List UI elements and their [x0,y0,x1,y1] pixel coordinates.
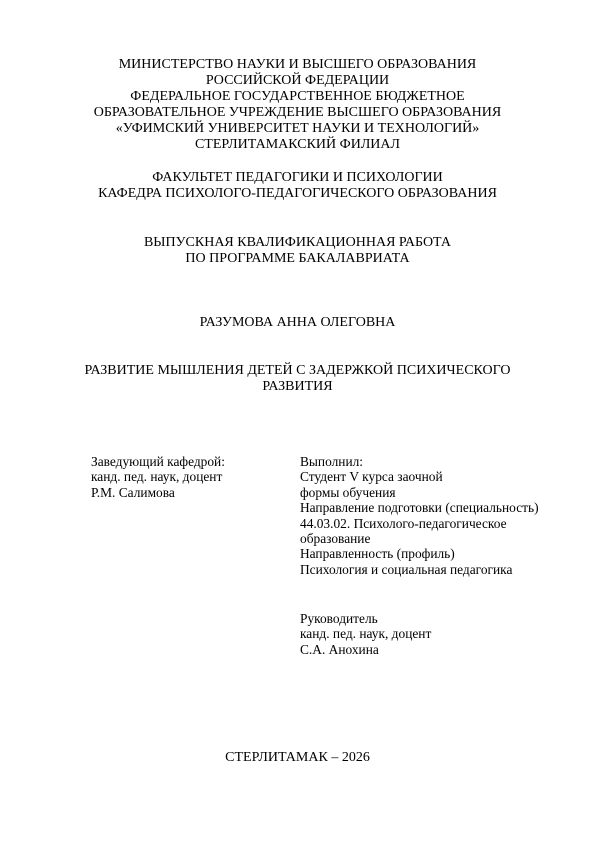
thesis-title: РАЗВИТИЕ МЫШЛЕНИЯ ДЕТЕЙ С ЗАДЕРЖКОЙ ПСИХ… [0,363,595,395]
work-type-line: ПО ПРОГРАММЕ БАКАЛАВРИАТА [0,251,595,267]
title-line: РАЗВИТИЯ [0,379,595,395]
header-line: МИНИСТЕРСТВО НАУКИ И ВЫСШЕГО ОБРАЗОВАНИЯ [0,57,595,73]
supervisor-name: С.А. Анохина [300,642,431,657]
header-line: ФЕДЕРАЛЬНОЕ ГОСУДАРСТВЕННОЕ БЮДЖЕТНОЕ [0,89,595,105]
department-line: КАФЕДРА ПСИХОЛОГО-ПЕДАГОГИЧЕСКОГО ОБРАЗО… [0,186,595,202]
performed-by-label: Выполнил: [300,454,539,469]
supervisor-degree: канд. пед. наук, доцент [300,626,431,641]
title-line: РАЗВИТИЕ МЫШЛЕНИЯ ДЕТЕЙ С ЗАДЕРЖКОЙ ПСИХ… [0,363,595,379]
work-type-line: ВЫПУСКНАЯ КВАЛИФИКАЦИОННАЯ РАБОТА [0,235,595,251]
direction-code: 44.03.02. Психолого-педагогическое [300,516,539,531]
hod-role: Заведующий кафедрой: [91,454,225,469]
supervisor-role: Руководитель [300,611,431,626]
author-name: РАЗУМОВА АННА ОЛЕГОВНА [0,315,595,331]
ministry-header: МИНИСТЕРСТВО НАУКИ И ВЫСШЕГО ОБРАЗОВАНИЯ… [0,57,595,153]
work-type-block: ВЫПУСКНАЯ КВАЛИФИКАЦИОННАЯ РАБОТА ПО ПРО… [0,235,595,267]
profile-name: Психология и социальная педагогика [300,562,539,577]
header-line: СТЕРЛИТАМАКСКИЙ ФИЛИАЛ [0,137,595,153]
hod-name: Р.М. Салимова [91,485,225,500]
direction-name: образование [300,531,539,546]
profile-label: Направленность (профиль) [300,546,539,561]
header-line: РОССИЙСКОЙ ФЕДЕРАЦИИ [0,73,595,89]
performed-by-block: Выполнил: Студент V курса заочной формы … [300,454,539,577]
supervisor-block: Руководитель канд. пед. наук, доцент С.А… [300,611,431,657]
city-year-footer: СТЕРЛИТАМАК – 2026 [0,750,595,766]
direction-label: Направление подготовки (специальность) [300,500,539,515]
student-course: Студент V курса заочной [300,469,539,484]
faculty-block: ФАКУЛЬТЕТ ПЕДАГОГИКИ И ПСИХОЛОГИИ КАФЕДР… [0,170,595,202]
head-of-department-block: Заведующий кафедрой: канд. пед. наук, до… [91,454,225,500]
study-form: формы обучения [300,485,539,500]
header-line: «УФИМСКИЙ УНИВЕРСИТЕТ НАУКИ И ТЕХНОЛОГИЙ… [0,121,595,137]
hod-degree: канд. пед. наук, доцент [91,469,225,484]
faculty-line: ФАКУЛЬТЕТ ПЕДАГОГИКИ И ПСИХОЛОГИИ [0,170,595,186]
header-line: ОБРАЗОВАТЕЛЬНОЕ УЧРЕЖДЕНИЕ ВЫСШЕГО ОБРАЗ… [0,105,595,121]
